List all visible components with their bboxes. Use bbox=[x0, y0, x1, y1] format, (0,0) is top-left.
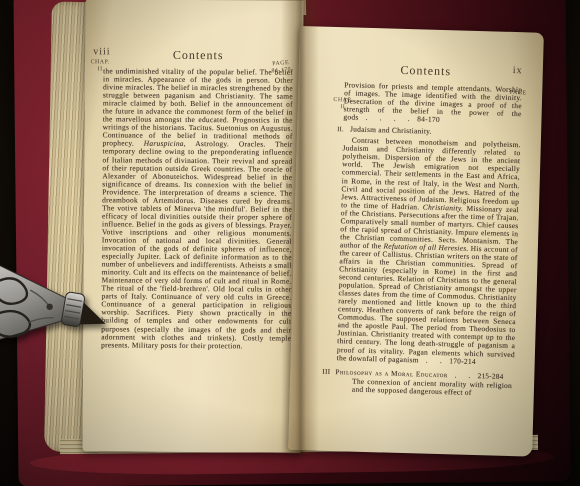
silver-bookmark-ornament bbox=[0, 255, 110, 369]
left-toc-body: the undiminished vitality of the popular… bbox=[101, 67, 293, 350]
section-number: II. bbox=[337, 126, 344, 133]
toc-paragraph: The connexion of ancient morality with r… bbox=[336, 377, 514, 398]
page-range: 170-214 bbox=[449, 356, 476, 366]
chap-value: II bbox=[98, 67, 103, 73]
left-running-title: Contents bbox=[123, 48, 273, 64]
toc-text-segment: His account of the career of Callistus. … bbox=[337, 244, 518, 364]
right-page: Contents ix PAGE CHAP. II Provision for … bbox=[288, 26, 544, 457]
right-page-number: ix bbox=[513, 65, 523, 76]
toc-text-segment: Astrology. Oracles. Their temporary decl… bbox=[101, 139, 292, 350]
page-label: PAGE bbox=[272, 60, 289, 67]
toc-entry-continued: Provision for priests and temple attenda… bbox=[343, 81, 522, 126]
leader-dots: . . . . bbox=[358, 113, 417, 124]
section-title: Judaism and Christianity. bbox=[350, 125, 432, 136]
chap-label: CHAP. bbox=[91, 59, 110, 65]
toc-text-segment: Contrast between monotheism and polythei… bbox=[341, 136, 521, 211]
toc-paragraph: the undiminished vitality of the popular… bbox=[101, 67, 293, 350]
left-page-number: viii bbox=[93, 46, 110, 57]
right-running-title: Contents bbox=[351, 61, 501, 80]
page-range: 84-170 bbox=[417, 114, 440, 124]
toc-text-segment: The connexion of ancient morality with r… bbox=[352, 376, 512, 396]
leader-dots: . . bbox=[419, 355, 450, 365]
right-toc-body: Provision for priests and temple attenda… bbox=[336, 81, 523, 398]
toc-paragraph: Contrast between monotheism and polythei… bbox=[337, 137, 521, 367]
photo-stage: viii Contents CHAP. II PAGE 84-170 the u… bbox=[0, 0, 580, 486]
chapter-number: III bbox=[322, 367, 330, 375]
left-page: viii Contents CHAP. II PAGE 84-170 the u… bbox=[82, 0, 303, 453]
toc-text-segment: the undiminished vitality of the popular… bbox=[103, 66, 294, 148]
